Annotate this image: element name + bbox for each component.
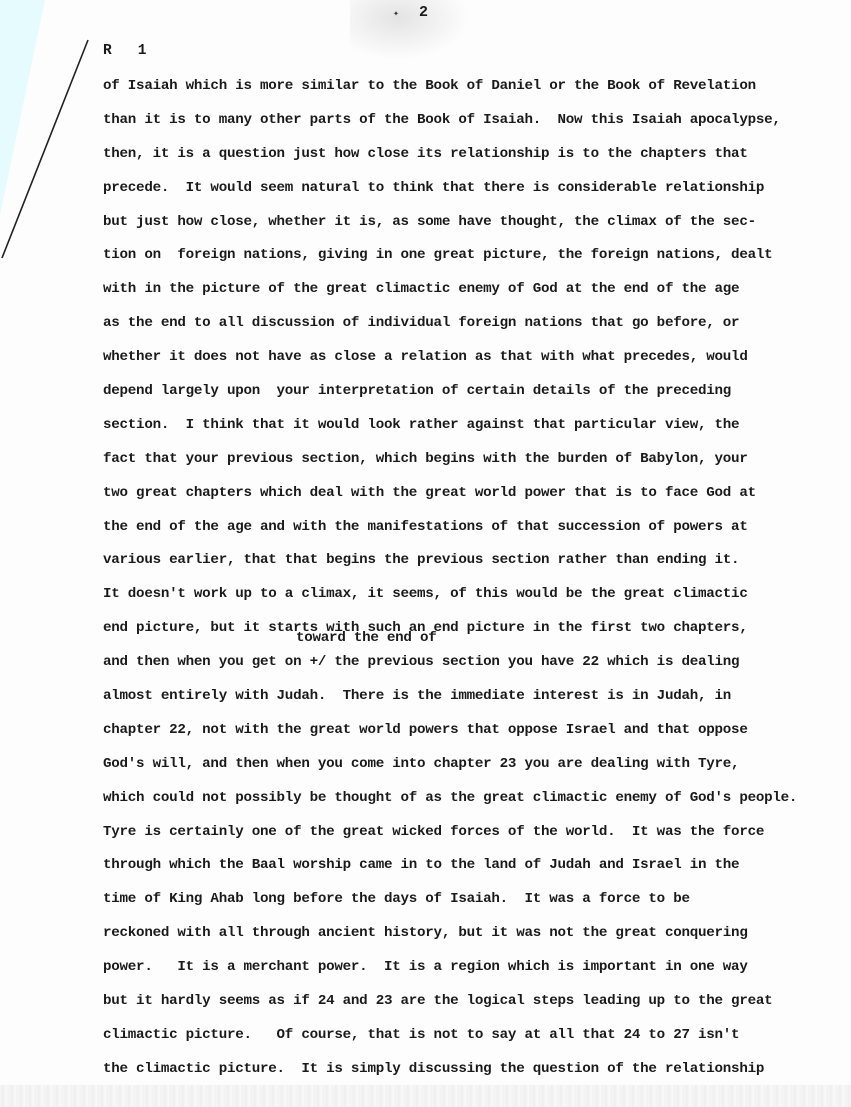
scan-noise-strip	[0, 1085, 851, 1107]
text-line: but just how close, whether it is, as so…	[103, 212, 823, 246]
text-line: reckoned with all through ancient histor…	[103, 923, 823, 957]
page-number: 2	[419, 4, 428, 21]
text-line: almost entirely with Judah. There is the…	[103, 686, 823, 720]
text-line: as the end to all discussion of individu…	[103, 313, 823, 347]
text-line: the end of the age and with the manifest…	[103, 517, 823, 551]
text-line: but it hardly seems as if 24 and 23 are …	[103, 991, 823, 1025]
text-line: section. I think that it would look rath…	[103, 415, 823, 449]
text-line: two great chapters which deal with the g…	[103, 483, 823, 517]
text-line: God's will, and then when you come into …	[103, 754, 823, 788]
reference-code: R 1	[103, 43, 147, 59]
text-line: and then when you get on +/ the previous…	[103, 652, 823, 686]
text-line: fact that your previous section, which b…	[103, 449, 823, 483]
text-line: climactic picture. Of course, that is no…	[103, 1025, 823, 1059]
text-line: chapter 22, not with the great world pow…	[103, 720, 823, 754]
text-line: which could not possibly be thought of a…	[103, 788, 823, 822]
typewritten-body: of Isaiah which is more similar to the B…	[103, 76, 823, 1093]
text-line: with in the picture of the great climact…	[103, 279, 823, 313]
page-mark-icon: ✦	[393, 8, 399, 20]
text-line: depend largely upon your interpretation …	[103, 381, 823, 415]
text-line: than it is to many other parts of the Bo…	[103, 110, 823, 144]
text-line: tion on foreign nations, giving in one g…	[103, 245, 823, 279]
text-line: Tyre is certainly one of the great wicke…	[103, 822, 823, 856]
scan-smudge	[350, 0, 470, 60]
text-line: precede. It would seem natural to think …	[103, 178, 823, 212]
margin-pencil-line	[2, 40, 88, 258]
scan-background-edge	[0, 0, 45, 215]
text-line: whether it does not have as close a rela…	[103, 347, 823, 381]
text-line: various earlier, that that begins the pr…	[103, 550, 823, 584]
text-line: end picture, but it starts with such an …	[103, 618, 823, 652]
text-line: then, it is a question just how close it…	[103, 144, 823, 178]
text-line: It doesn't work up to a climax, it seems…	[103, 584, 823, 618]
text-line: through which the Baal worship came in t…	[103, 855, 823, 889]
text-line: power. It is a merchant power. It is a r…	[103, 957, 823, 991]
text-line: time of King Ahab long before the days o…	[103, 889, 823, 923]
text-line: of Isaiah which is more similar to the B…	[103, 76, 823, 110]
interlinear-insertion: toward the end of	[296, 630, 437, 646]
